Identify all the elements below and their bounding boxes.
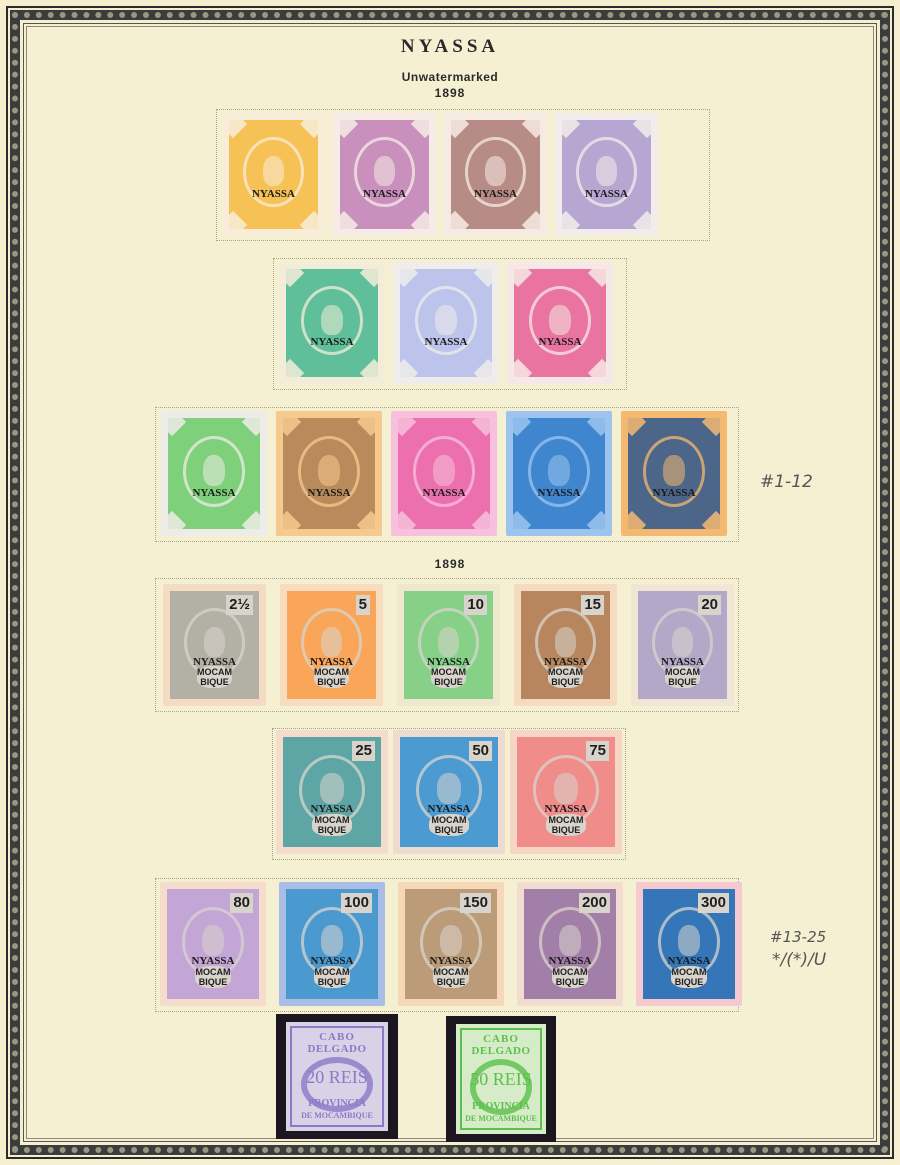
catalog-note-2b: */(*)/U bbox=[772, 950, 826, 970]
page-title: NYASSA bbox=[0, 36, 900, 58]
stamp[interactable]: 300NYASSAMOCAMBIQUE bbox=[636, 882, 742, 1006]
stamp[interactable]: NYASSA bbox=[333, 113, 436, 236]
stamp-value: 20 REIS bbox=[292, 1067, 382, 1088]
portrait bbox=[672, 627, 693, 657]
stamp-text: DELGADO bbox=[292, 1043, 382, 1055]
stamp-design: 25NYASSAMOCAMBIQUE bbox=[283, 737, 381, 847]
stamp[interactable]: NYASSA bbox=[506, 411, 612, 536]
stamp-design: NYASSA bbox=[513, 418, 605, 529]
value-tablet bbox=[340, 120, 358, 138]
portrait bbox=[559, 925, 581, 956]
value-tablet bbox=[283, 511, 301, 529]
portrait bbox=[437, 773, 461, 804]
value-tablet bbox=[286, 359, 304, 377]
overprint: NYASSA bbox=[451, 188, 540, 200]
stamp-design: 10NYASSAMOCAMBIQUE bbox=[404, 591, 493, 699]
stamp-value: 15 bbox=[581, 595, 604, 615]
stamp-text: CABO bbox=[462, 1033, 540, 1045]
stamp-design: 5NYASSAMOCAMBIQUE bbox=[287, 591, 376, 699]
value-tablet bbox=[633, 211, 651, 229]
portrait bbox=[485, 156, 506, 187]
value-tablet bbox=[522, 211, 540, 229]
value-tablet bbox=[283, 418, 301, 436]
overprint: NYASSA bbox=[514, 336, 606, 348]
overprint-mocambique: MOCAMBIQUE bbox=[314, 666, 350, 688]
stamp-design: NYASSA bbox=[514, 269, 606, 377]
value-tablet bbox=[587, 511, 605, 529]
stamp[interactable]: NYASSA bbox=[393, 262, 499, 384]
value-tablet bbox=[474, 359, 492, 377]
stamp-design: 200NYASSAMOCAMBIQUE bbox=[524, 889, 616, 999]
album-page: NYASSA Unwatermarked 1898 1898 NYASSANYA… bbox=[0, 0, 900, 1165]
overprint-mocambique: MOCAMBIQUE bbox=[671, 966, 708, 988]
stamp-value: 80 bbox=[230, 893, 253, 913]
overprint: NYASSA bbox=[283, 487, 375, 499]
stamp-value: 10 bbox=[464, 595, 487, 615]
stamp[interactable]: 15NYASSAMOCAMBIQUE bbox=[514, 584, 617, 706]
overprint-mocambique: MOCAMBIQUE bbox=[195, 966, 232, 988]
stamp[interactable]: 2½NYASSAMOCAMBIQUE bbox=[163, 584, 266, 706]
stamp-text: DE MOCAMBIQUE bbox=[292, 1111, 382, 1120]
portrait bbox=[320, 773, 344, 804]
overprint-mocambique: MOCAMBIQUE bbox=[546, 814, 585, 836]
value-tablet bbox=[357, 511, 375, 529]
portrait bbox=[321, 627, 342, 657]
stamp-value: 300 bbox=[698, 893, 729, 913]
portrait bbox=[321, 925, 343, 956]
stamp[interactable]: NYASSA bbox=[222, 113, 325, 236]
stamp-value: 100 bbox=[341, 893, 372, 913]
stamp[interactable]: 25NYASSAMOCAMBIQUE bbox=[276, 730, 388, 854]
stamp[interactable]: 200NYASSAMOCAMBIQUE bbox=[517, 882, 623, 1006]
stamp-value: 75 bbox=[586, 741, 609, 761]
portrait bbox=[678, 925, 700, 956]
portrait bbox=[374, 156, 395, 187]
overprint: NYASSA bbox=[628, 487, 720, 499]
overprint-mocambique: MOCAMBIQUE bbox=[312, 814, 351, 836]
stamp-design: 75NYASSAMOCAMBIQUE bbox=[517, 737, 615, 847]
stamp-text: DELGADO bbox=[462, 1045, 540, 1057]
stamp[interactable]: 5NYASSAMOCAMBIQUE bbox=[280, 584, 383, 706]
overprint: NYASSA bbox=[229, 188, 318, 200]
stamp-design: 15NYASSAMOCAMBIQUE bbox=[521, 591, 610, 699]
stamp-value: 5 bbox=[356, 595, 370, 615]
stamp-design: 20NYASSAMOCAMBIQUE bbox=[638, 591, 727, 699]
value-tablet bbox=[513, 418, 531, 436]
stamp-design: NYASSA bbox=[628, 418, 720, 529]
stamp-design: 100NYASSAMOCAMBIQUE bbox=[286, 889, 378, 999]
overprint-mocambique: MOCAMBIQUE bbox=[552, 966, 589, 988]
overprint-mocambique: MOCAMBIQUE bbox=[197, 666, 233, 688]
stamp[interactable]: NYASSA bbox=[507, 262, 613, 384]
stamp[interactable]: 150NYASSAMOCAMBIQUE bbox=[398, 882, 504, 1006]
stamp[interactable]: NYASSA bbox=[161, 411, 267, 536]
stamp[interactable]: NYASSA bbox=[276, 411, 382, 536]
value-tablet bbox=[587, 418, 605, 436]
value-tablet bbox=[451, 120, 469, 138]
stamp-design: NYASSA bbox=[286, 269, 378, 377]
stamp[interactable]: 75NYASSAMOCAMBIQUE bbox=[510, 730, 622, 854]
stamp-text: CABO bbox=[292, 1031, 382, 1043]
portrait bbox=[318, 455, 340, 486]
value-tablet bbox=[398, 511, 416, 529]
overprint: NYASSA bbox=[400, 336, 492, 348]
value-tablet bbox=[360, 269, 378, 287]
stamp-design: 300NYASSAMOCAMBIQUE bbox=[643, 889, 735, 999]
value-tablet bbox=[562, 120, 580, 138]
value-tablet bbox=[357, 418, 375, 436]
value-tablet bbox=[472, 511, 490, 529]
stamp[interactable]: 100NYASSAMOCAMBIQUE bbox=[279, 882, 385, 1006]
value-tablet bbox=[514, 269, 532, 287]
value-tablet bbox=[400, 359, 418, 377]
stamp[interactable]: 10NYASSAMOCAMBIQUE bbox=[397, 584, 500, 706]
stamp-design: NYASSA bbox=[562, 120, 651, 229]
stamp-design: 150NYASSAMOCAMBIQUE bbox=[405, 889, 497, 999]
value-tablet bbox=[628, 418, 646, 436]
value-tablet bbox=[340, 211, 358, 229]
stamp-value: 50 REIS bbox=[462, 1069, 540, 1090]
page-subtitle: Unwatermarked bbox=[0, 70, 900, 84]
stamp-value: 50 bbox=[469, 741, 492, 761]
value-tablet bbox=[474, 269, 492, 287]
stamp-value: 20 bbox=[698, 595, 721, 615]
portrait bbox=[202, 925, 224, 956]
portrait bbox=[549, 305, 571, 335]
stamp[interactable]: 80NYASSAMOCAMBIQUE bbox=[160, 882, 266, 1006]
stamp-value: 150 bbox=[460, 893, 491, 913]
portrait bbox=[263, 156, 284, 187]
value-tablet bbox=[633, 120, 651, 138]
value-tablet bbox=[628, 511, 646, 529]
overprint-mocambique: MOCAMBIQUE bbox=[314, 966, 351, 988]
stamp-text: DE MOCAMBIQUE bbox=[462, 1114, 540, 1123]
overprint: NYASSA bbox=[513, 487, 605, 499]
value-tablet bbox=[360, 359, 378, 377]
stamp-design: 80NYASSAMOCAMBIQUE bbox=[167, 889, 259, 999]
portrait bbox=[321, 305, 343, 335]
stamp[interactable]: NYASSA bbox=[391, 411, 497, 536]
value-tablet bbox=[398, 418, 416, 436]
stamp-design: NYASSA bbox=[283, 418, 375, 529]
overprint: NYASSA bbox=[286, 336, 378, 348]
overprint: NYASSA bbox=[398, 487, 490, 499]
stamp-design: CABODELGADO20 REISPROVINCIADE MOCAMBIQUE bbox=[290, 1026, 384, 1127]
value-tablet bbox=[411, 211, 429, 229]
value-tablet bbox=[702, 418, 720, 436]
overprint-mocambique: MOCAMBIQUE bbox=[433, 966, 470, 988]
portrait bbox=[440, 925, 462, 956]
value-tablet bbox=[411, 120, 429, 138]
stamp-value: 25 bbox=[352, 741, 375, 761]
stamp-text: PROVINCIA bbox=[462, 1101, 540, 1112]
stamp-cabo-delgado[interactable]: CABODELGADO20 REISPROVINCIADE MOCAMBIQUE bbox=[286, 1022, 388, 1131]
portrait bbox=[555, 627, 576, 657]
portrait bbox=[438, 627, 459, 657]
value-tablet bbox=[522, 120, 540, 138]
value-tablet bbox=[514, 359, 532, 377]
portrait bbox=[554, 773, 578, 804]
stamp-value: 2½ bbox=[226, 595, 253, 615]
stamp-value: 200 bbox=[579, 893, 610, 913]
value-tablet bbox=[472, 418, 490, 436]
value-tablet bbox=[229, 211, 247, 229]
value-tablet bbox=[168, 511, 186, 529]
stamp-design: CABODELGADO50 REISPROVINCIADE MOCAMBIQUE bbox=[460, 1028, 542, 1130]
stamp[interactable]: NYASSA bbox=[279, 262, 385, 384]
stamp-design: 50NYASSAMOCAMBIQUE bbox=[400, 737, 498, 847]
portrait bbox=[435, 305, 457, 335]
overprint-mocambique: MOCAMBIQUE bbox=[429, 814, 468, 836]
stamp-design: NYASSA bbox=[229, 120, 318, 229]
value-tablet bbox=[513, 511, 531, 529]
value-tablet bbox=[300, 120, 318, 138]
portrait bbox=[663, 455, 685, 486]
value-tablet bbox=[562, 211, 580, 229]
portrait bbox=[203, 455, 225, 486]
overprint-mocambique: MOCAMBIQUE bbox=[548, 666, 584, 688]
stamp-design: NYASSA bbox=[451, 120, 540, 229]
stamp[interactable]: NYASSA bbox=[555, 113, 658, 236]
stamp[interactable]: 20NYASSAMOCAMBIQUE bbox=[631, 584, 734, 706]
value-tablet bbox=[286, 269, 304, 287]
portrait bbox=[204, 627, 225, 657]
value-tablet bbox=[451, 211, 469, 229]
value-tablet bbox=[242, 418, 260, 436]
value-tablet bbox=[702, 511, 720, 529]
section2-year: 1898 bbox=[0, 557, 900, 571]
value-tablet bbox=[229, 120, 247, 138]
portrait bbox=[433, 455, 455, 486]
section1-year: 1898 bbox=[0, 86, 900, 100]
value-tablet bbox=[168, 418, 186, 436]
stamp-design: NYASSA bbox=[168, 418, 260, 529]
overprint: NYASSA bbox=[562, 188, 651, 200]
value-tablet bbox=[400, 269, 418, 287]
stamp-cabo-delgado[interactable]: CABODELGADO50 REISPROVINCIADE MOCAMBIQUE bbox=[456, 1024, 546, 1134]
overprint: NYASSA bbox=[168, 487, 260, 499]
overprint: NYASSA bbox=[340, 188, 429, 200]
overprint-mocambique: MOCAMBIQUE bbox=[665, 666, 701, 688]
portrait bbox=[548, 455, 570, 486]
value-tablet bbox=[300, 211, 318, 229]
stamp-text: PROVINCIA bbox=[292, 1098, 382, 1109]
stamp[interactable]: NYASSA bbox=[444, 113, 547, 236]
stamp[interactable]: NYASSA bbox=[621, 411, 727, 536]
stamp-design: 2½NYASSAMOCAMBIQUE bbox=[170, 591, 259, 699]
portrait bbox=[596, 156, 617, 187]
value-tablet bbox=[588, 269, 606, 287]
catalog-note-1: #1-12 bbox=[760, 472, 813, 492]
value-tablet bbox=[588, 359, 606, 377]
value-tablet bbox=[242, 511, 260, 529]
stamp[interactable]: 50NYASSAMOCAMBIQUE bbox=[393, 730, 505, 854]
overprint-mocambique: MOCAMBIQUE bbox=[431, 666, 467, 688]
stamp-design: NYASSA bbox=[398, 418, 490, 529]
stamp-design: NYASSA bbox=[400, 269, 492, 377]
stamp-design: NYASSA bbox=[340, 120, 429, 229]
catalog-note-2a: #13-25 bbox=[770, 928, 826, 946]
